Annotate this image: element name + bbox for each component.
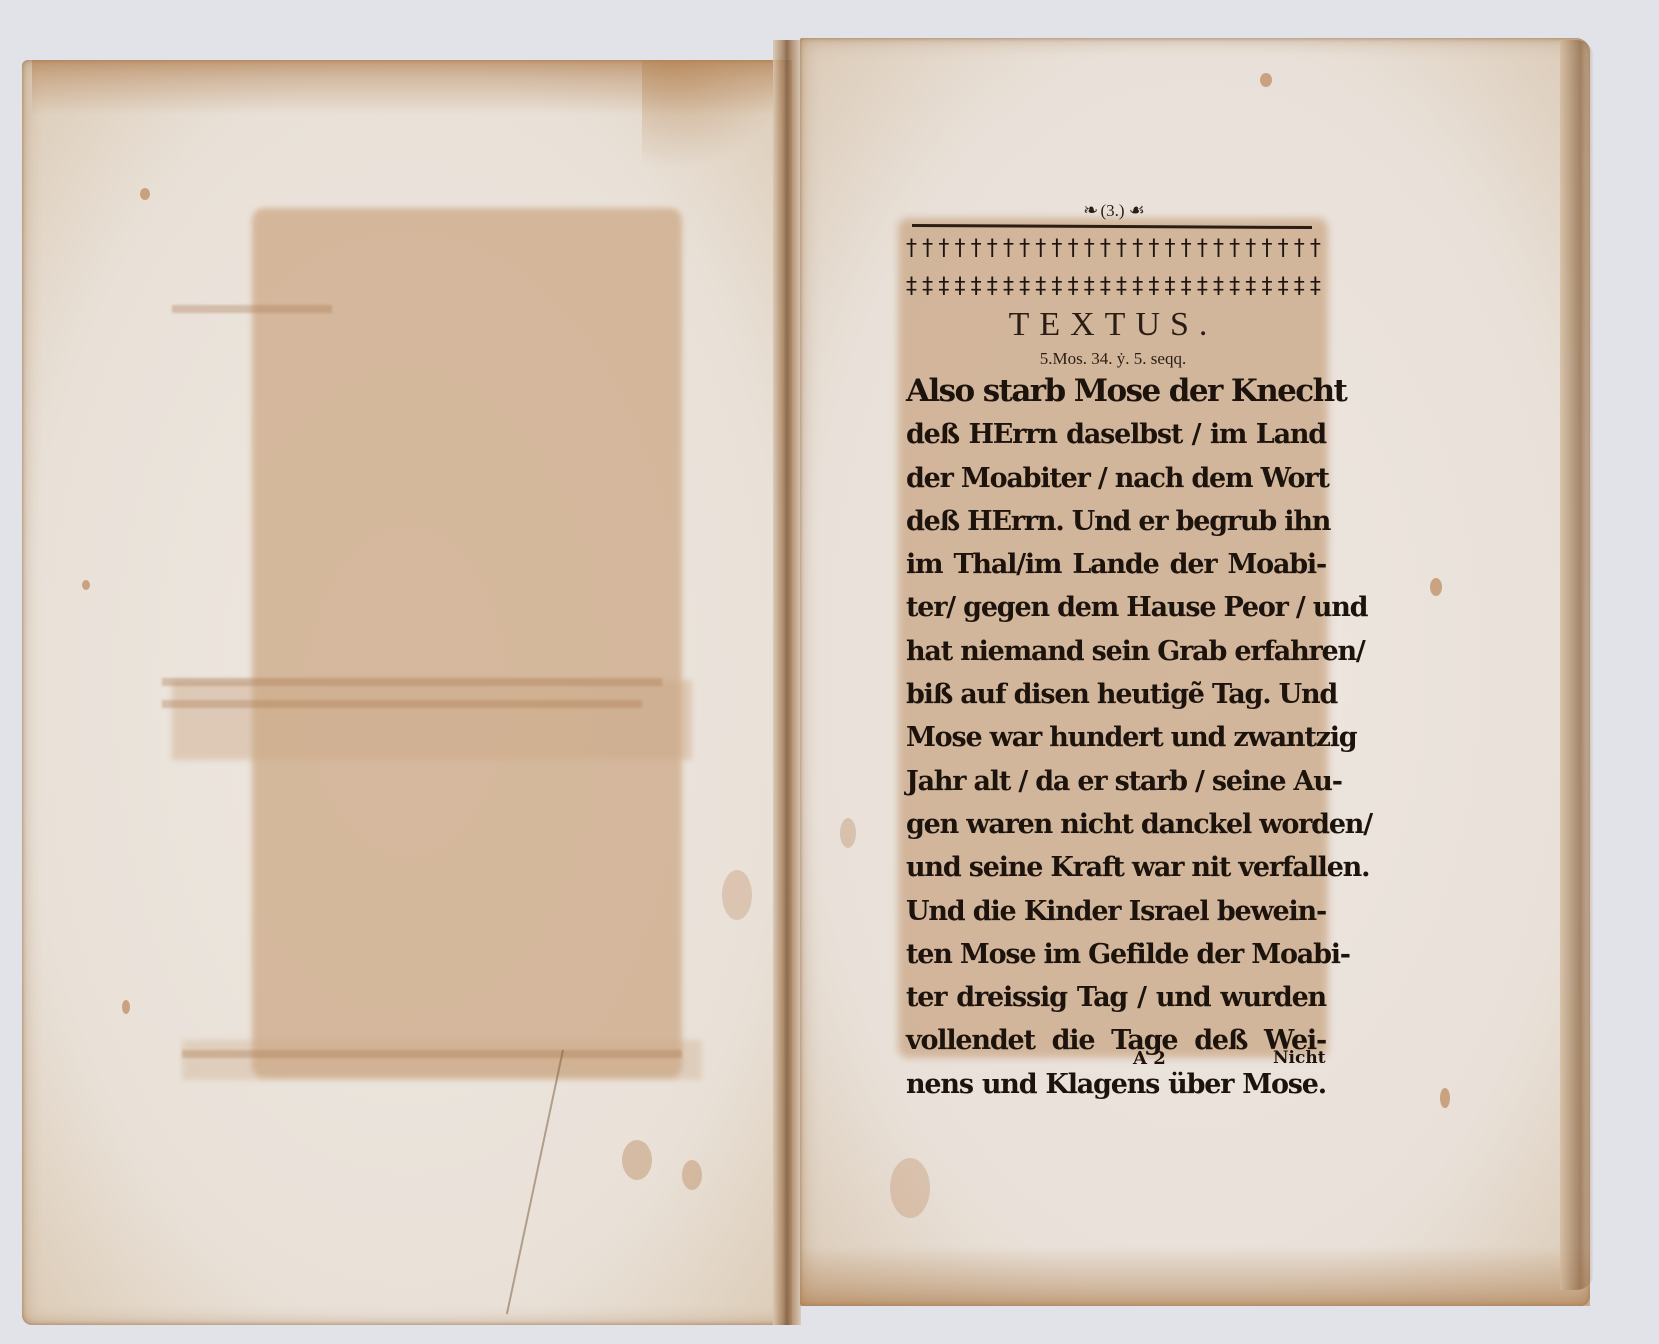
body-text: Also starb Mose der Knechtdeß HErrn dase… — [906, 370, 1326, 1106]
fleur-ornament-icon: † — [1213, 233, 1224, 265]
text-line: vollendet die Tage deß Wei- — [906, 1019, 1326, 1062]
fleur-ornament-icon: † — [954, 233, 965, 265]
fleuron-left-icon: ❧ — [1083, 200, 1096, 220]
fleur-ornament-icon: † — [1245, 233, 1256, 265]
fleur-ornament-icon: † — [971, 233, 982, 265]
ghost-text-line — [182, 1050, 682, 1058]
fleur-ornament-icon: † — [1035, 233, 1046, 265]
signature-mark: A 2 — [1133, 1048, 1166, 1069]
fleur-ornament-icon: † — [1019, 233, 1030, 265]
fleur-ornament-icon: ‡ — [1310, 271, 1321, 303]
fleur-ornament-icon: ‡ — [954, 271, 965, 303]
fleur-ornament-icon: † — [1068, 233, 1079, 265]
text-line: deß HErrn. Und er begrub ihn — [906, 500, 1326, 543]
fleur-ornament-icon: † — [1229, 233, 1240, 265]
offset-stain — [252, 208, 682, 1078]
fleur-ornament-icon: ‡ — [1278, 271, 1289, 303]
text-line: Also starb Mose der Knecht — [906, 370, 1326, 413]
fleur-ornament-icon: ‡ — [971, 271, 982, 303]
ornamental-border: †††††††††††††††††††††††††† ‡‡‡‡‡‡‡‡‡‡‡‡‡… — [906, 233, 1321, 303]
fleur-ornament-icon: † — [922, 233, 933, 265]
text-line: im Thal/im Lande der Moabi- — [906, 543, 1326, 586]
text-line: und seine Kraft war nit verfallen. — [906, 846, 1326, 889]
foxing-spot — [682, 1160, 702, 1190]
fleur-ornament-icon: † — [987, 233, 998, 265]
paper-crease — [506, 1050, 564, 1315]
fleur-ornament-icon: ‡ — [1051, 271, 1062, 303]
foxing-spot — [890, 1158, 930, 1218]
corner-stain — [642, 60, 792, 170]
fleur-ornament-icon: ‡ — [906, 271, 917, 303]
foxing-spot — [82, 580, 90, 590]
text-line: der Moabiter / nach dem Wort — [906, 457, 1326, 500]
fleur-ornament-icon: ‡ — [1148, 271, 1159, 303]
left-page — [22, 60, 792, 1325]
fleur-ornament-icon: † — [1197, 233, 1208, 265]
fleur-ornament-icon: † — [938, 233, 949, 265]
page-block-edge — [1560, 40, 1594, 1290]
text-line: Mose war hundert und zwantzig — [906, 716, 1326, 759]
text-line: ter/ gegen dem Hause Peor / und — [906, 586, 1326, 629]
text-line: deß HErrn daselbst / im Land — [906, 413, 1326, 456]
fleur-ornament-icon: ‡ — [1165, 271, 1176, 303]
fleur-ornament-icon: ‡ — [1245, 271, 1256, 303]
offset-stain — [182, 1040, 702, 1080]
text-line: nens und Klagens über Mose. — [906, 1063, 1326, 1106]
fleur-ornament-icon: ‡ — [1261, 271, 1272, 303]
fleur-ornament-icon: ‡ — [987, 271, 998, 303]
fleur-ornament-icon: ‡ — [1084, 271, 1095, 303]
fleur-ornament-icon: ‡ — [1294, 271, 1305, 303]
fleur-ornament-icon: † — [1165, 233, 1176, 265]
fleur-ornament-icon: ‡ — [922, 271, 933, 303]
fleur-ornament-icon: † — [1261, 233, 1272, 265]
fleur-ornament-icon: ‡ — [1035, 271, 1046, 303]
offset-stain — [172, 680, 692, 760]
text-line: hat niemand sein Grab erfahren/ — [906, 630, 1326, 673]
text-line: Und die Kinder Israel bewein- — [906, 890, 1326, 933]
fleur-ornament-icon: † — [1278, 233, 1289, 265]
text-line: ter dreissig Tag / und wurden — [906, 976, 1326, 1019]
ornament-row-bottom: ‡‡‡‡‡‡‡‡‡‡‡‡‡‡‡‡‡‡‡‡‡‡‡‡‡‡ — [906, 271, 1321, 303]
ghost-text-line — [172, 305, 332, 313]
ghost-text-line — [162, 700, 642, 708]
fleur-ornament-icon: ‡ — [1068, 271, 1079, 303]
fleur-ornament-icon: ‡ — [1019, 271, 1030, 303]
fleur-ornament-icon: ‡ — [1100, 271, 1111, 303]
fleur-ornament-icon: † — [906, 233, 917, 265]
text-line: Jahr alt / da er starb / seine Au- — [906, 760, 1326, 803]
fleuron-right-icon: ☙ — [1129, 200, 1143, 220]
fleur-ornament-icon: ‡ — [1181, 271, 1192, 303]
ornament-row-top: †††††††††††††††††††††††††† — [906, 233, 1321, 265]
fleur-ornament-icon: † — [1003, 233, 1014, 265]
fleur-ornament-icon: † — [1051, 233, 1062, 265]
fleur-ornament-icon: † — [1310, 233, 1321, 265]
page-number: ❧ (3.) ☙ — [898, 200, 1328, 221]
catchword: Nicht — [1273, 1048, 1326, 1068]
printed-text-block: ❧ (3.) ☙ †††††††††††††††††††††††††† ‡‡‡‡… — [898, 200, 1328, 1080]
scripture-reference: 5.Mos. 34. ẏ. 5. seqq. — [898, 349, 1328, 369]
fleur-ornament-icon: ‡ — [1229, 271, 1240, 303]
fleur-ornament-icon: † — [1294, 233, 1305, 265]
fleur-ornament-icon: ‡ — [1213, 271, 1224, 303]
fleur-ornament-icon: ‡ — [1197, 271, 1208, 303]
fleur-ornament-icon: ‡ — [1116, 271, 1127, 303]
fleur-ornament-icon: ‡ — [1132, 271, 1143, 303]
page-number-text: (3.) — [1100, 201, 1124, 220]
foxing-spot — [140, 188, 150, 200]
fleur-ornament-icon: † — [1116, 233, 1127, 265]
foxing-spot — [1260, 73, 1272, 87]
foxing-spot — [1430, 578, 1442, 596]
fleur-ornament-icon: † — [1084, 233, 1095, 265]
foxing-spot — [722, 870, 752, 920]
fleur-ornament-icon: ‡ — [1003, 271, 1014, 303]
text-line: gen waren nicht danckel worden/ — [906, 803, 1326, 846]
fleur-ornament-icon: † — [1132, 233, 1143, 265]
fleur-ornament-icon: † — [1148, 233, 1159, 265]
foxing-spot — [622, 1140, 652, 1180]
fleur-ornament-icon: † — [1100, 233, 1111, 265]
foxing-spot — [840, 818, 856, 848]
bottom-edge-stain — [800, 1246, 1590, 1306]
text-line: ten Mose im Gefilde der Moabi- — [906, 933, 1326, 976]
foxing-spot — [122, 1000, 130, 1014]
heading: TEXTUS. — [898, 306, 1328, 344]
ghost-text-line — [162, 678, 662, 686]
text-line: biß auf disen heutigẽ Tag. Und — [906, 673, 1326, 716]
fleur-ornament-icon: ‡ — [938, 271, 949, 303]
foxing-spot — [1440, 1088, 1450, 1108]
book-spine — [773, 40, 801, 1325]
fleur-ornament-icon: † — [1181, 233, 1192, 265]
